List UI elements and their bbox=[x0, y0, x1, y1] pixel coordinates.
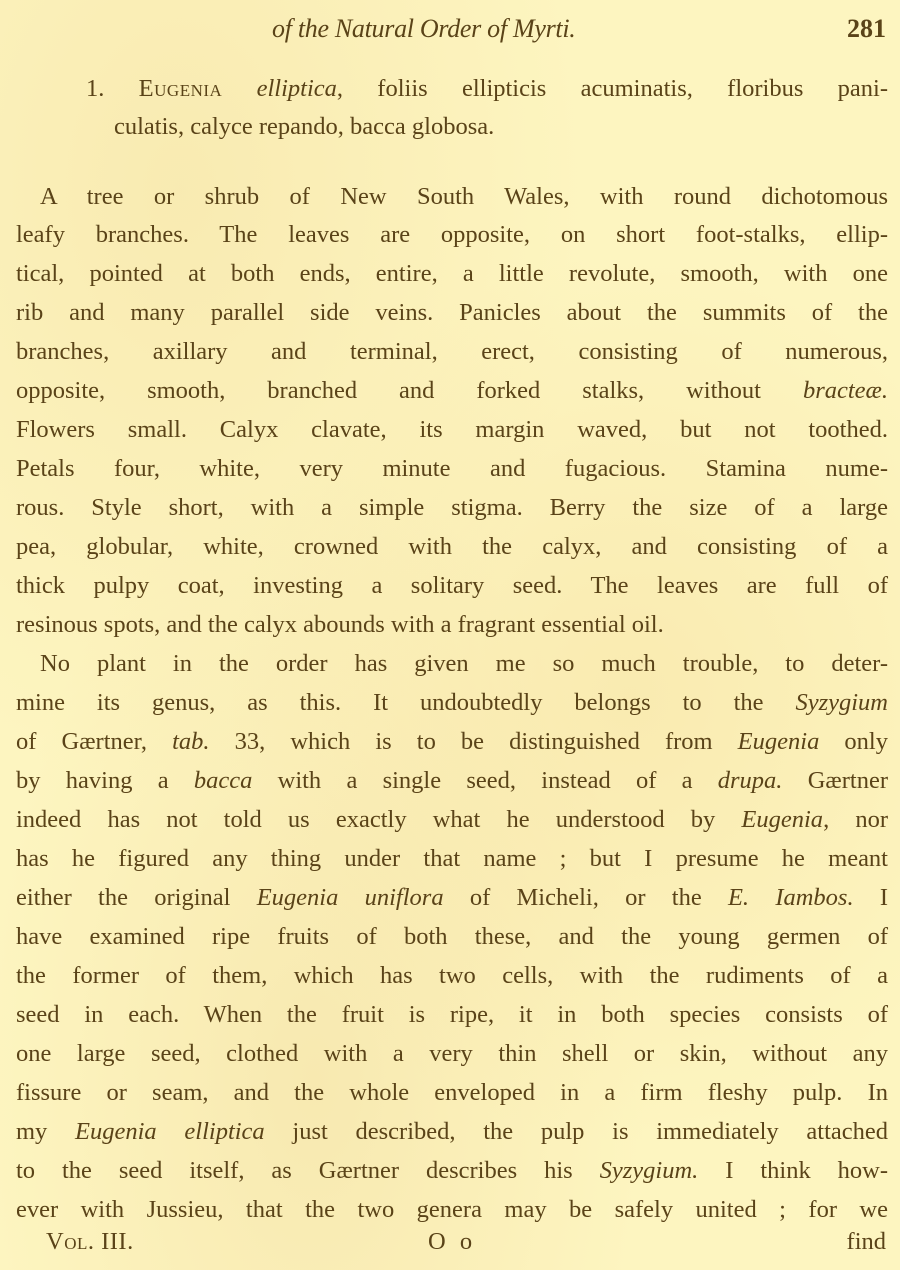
text-line: rib and many parallel side veins. Panicl… bbox=[16, 294, 888, 332]
volume-label: Vol. III. bbox=[46, 1228, 134, 1256]
page-number: 281 bbox=[847, 14, 886, 44]
species-name: elliptica bbox=[257, 75, 337, 102]
book-page: of the Natural Order of Myrti. 281 1. Eu… bbox=[0, 0, 900, 1270]
text-line: by having a bacca with a single seed, in… bbox=[16, 762, 888, 800]
text-line: leafy branches. The leaves are opposite,… bbox=[16, 216, 888, 254]
text-line: indeed has not told us exactly what he u… bbox=[16, 801, 888, 839]
text-line: rous. Style short, with a simple stigma.… bbox=[16, 489, 888, 527]
text-line: Flowers small. Calyx clavate, its margin… bbox=[16, 411, 888, 449]
text-line: A tree or shrub of New South Wales, with… bbox=[40, 178, 888, 216]
text-line: to the seed itself, as Gærtner describes… bbox=[16, 1152, 888, 1190]
running-head: of the Natural Order of Myrti. bbox=[272, 14, 575, 44]
italic-term: bracteæ. bbox=[803, 377, 888, 404]
text-line: branches, axillary and terminal, erect, … bbox=[16, 333, 888, 371]
entry-diagnosis-line-2: culatis, calyce repando, bacca globosa. bbox=[86, 108, 888, 146]
text-line: pea, globular, white, crowned with the c… bbox=[16, 528, 888, 566]
entry-number: 1. bbox=[86, 75, 104, 102]
text-line: resinous spots, and the calyx abounds wi… bbox=[16, 606, 888, 644]
text-line: Petals four, white, very minute and fuga… bbox=[16, 450, 888, 488]
signature-mark: O o bbox=[428, 1228, 476, 1256]
text-line: my Eugenia elliptica just described, the… bbox=[16, 1113, 888, 1151]
text-line: has he figured any thing under that name… bbox=[16, 840, 888, 878]
text-line: No plant in the order has given me so mu… bbox=[40, 645, 888, 683]
genus-name: Eugenia bbox=[139, 75, 223, 102]
text-line: one large seed, clothed with a very thin… bbox=[16, 1035, 888, 1073]
text-line: tical, pointed at both ends, entire, a l… bbox=[16, 255, 888, 293]
text-line: of Gærtner, tab. 33, which is to be dist… bbox=[16, 723, 888, 761]
text-line: seed in each. When the fruit is ripe, it… bbox=[16, 996, 888, 1034]
text-line: the former of them, which has two cells,… bbox=[16, 957, 888, 995]
text-line: opposite, smooth, branched and forked st… bbox=[16, 372, 888, 410]
species-entry: 1. Eugenia elliptica, foliis ellipticis … bbox=[86, 70, 888, 146]
text-line: fissure or seam, and the whole enveloped… bbox=[16, 1074, 888, 1112]
entry-diagnosis-line-1: 1. Eugenia elliptica, foliis ellipticis … bbox=[86, 70, 888, 108]
text-line: ever with Jussieu, that the two genera m… bbox=[16, 1191, 888, 1229]
text-line: mine its genus, as this. It undoubtedly … bbox=[16, 684, 888, 722]
text-line: thick pulpy coat, investing a solitary s… bbox=[16, 567, 888, 605]
page-footer: Vol. III. O o find bbox=[0, 1228, 900, 1268]
text-line: have examined ripe fruits of both these,… bbox=[16, 918, 888, 956]
catchword: find bbox=[847, 1228, 886, 1256]
text-line: either the original Eugenia uniflora of … bbox=[16, 879, 888, 917]
page-header: of the Natural Order of Myrti. 281 bbox=[0, 10, 900, 50]
